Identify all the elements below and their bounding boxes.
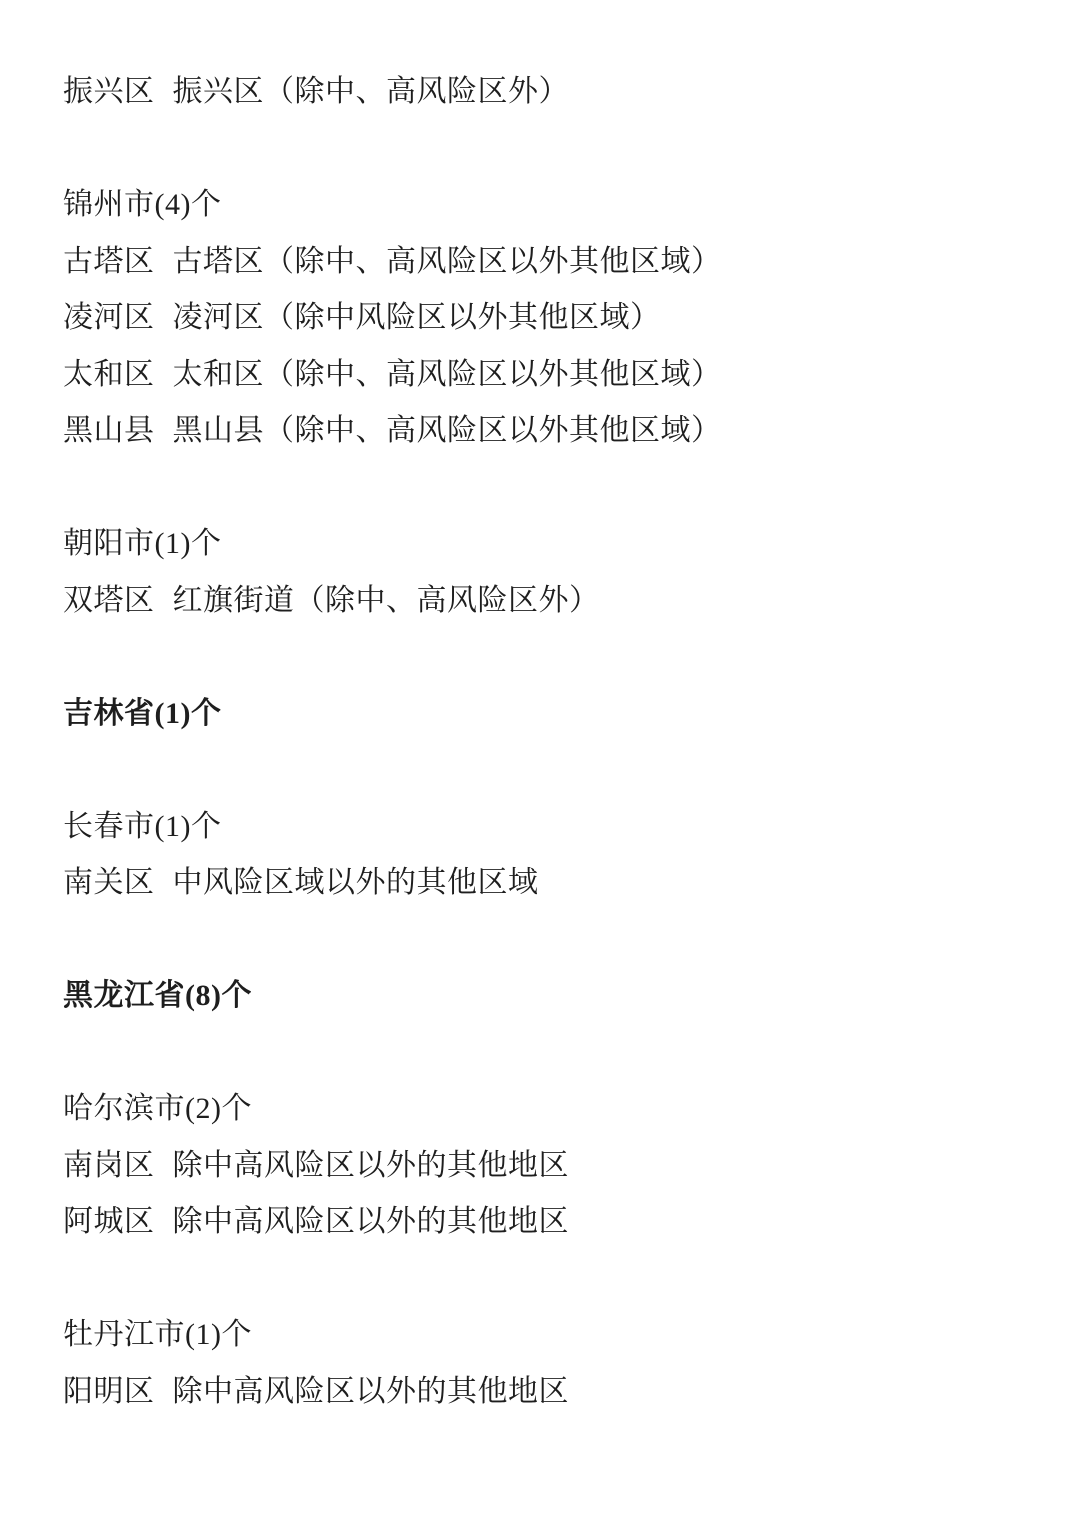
district-entry-line: 凌河区 凌河区（除中风险区以外其他区域）	[63, 290, 1040, 347]
city-count-line: 哈尔滨市(2)个	[63, 1081, 1040, 1138]
region-group: 吉林省(1)个	[63, 686, 1040, 743]
district-entry-line: 双塔区 红旗街道（除中、高风险区外）	[63, 573, 1040, 630]
province-heading-line: 黑龙江省(8)个	[63, 968, 1040, 1025]
city-count-line: 牡丹江市(1)个	[63, 1307, 1040, 1364]
region-group: 锦州市(4)个古塔区 古塔区（除中、高风险区以外其他区域）凌河区 凌河区（除中风…	[63, 177, 1040, 460]
district-entry-line: 南关区 中风险区域以外的其他区域	[63, 855, 1040, 912]
district-entry-line: 太和区 太和区（除中、高风险区以外其他区域）	[63, 347, 1040, 404]
region-group: 牡丹江市(1)个阳明区 除中高风险区以外的其他地区	[63, 1307, 1040, 1420]
region-group: 黑龙江省(8)个	[63, 968, 1040, 1025]
city-count-line: 锦州市(4)个	[63, 177, 1040, 234]
region-group: 长春市(1)个南关区 中风险区域以外的其他区域	[63, 799, 1040, 912]
district-entry-line: 黑山县 黑山县（除中、高风险区以外其他区域）	[63, 403, 1040, 460]
region-group: 振兴区 振兴区（除中、高风险区外）	[63, 64, 1040, 121]
district-entry-line: 振兴区 振兴区（除中、高风险区外）	[63, 64, 1040, 121]
region-group: 朝阳市(1)个双塔区 红旗街道（除中、高风险区外）	[63, 516, 1040, 629]
document-page: 振兴区 振兴区（除中、高风险区外）锦州市(4)个古塔区 古塔区（除中、高风险区以…	[0, 0, 1080, 1528]
province-heading-line: 吉林省(1)个	[63, 686, 1040, 743]
district-entry-line: 古塔区 古塔区（除中、高风险区以外其他区域）	[63, 234, 1040, 291]
region-group: 哈尔滨市(2)个南岗区 除中高风险区以外的其他地区阿城区 除中高风险区以外的其他…	[63, 1081, 1040, 1251]
district-entry-line: 南岗区 除中高风险区以外的其他地区	[63, 1138, 1040, 1195]
city-count-line: 朝阳市(1)个	[63, 516, 1040, 573]
city-count-line: 长春市(1)个	[63, 799, 1040, 856]
district-entry-line: 阳明区 除中高风险区以外的其他地区	[63, 1364, 1040, 1421]
district-entry-line: 阿城区 除中高风险区以外的其他地区	[63, 1194, 1040, 1251]
